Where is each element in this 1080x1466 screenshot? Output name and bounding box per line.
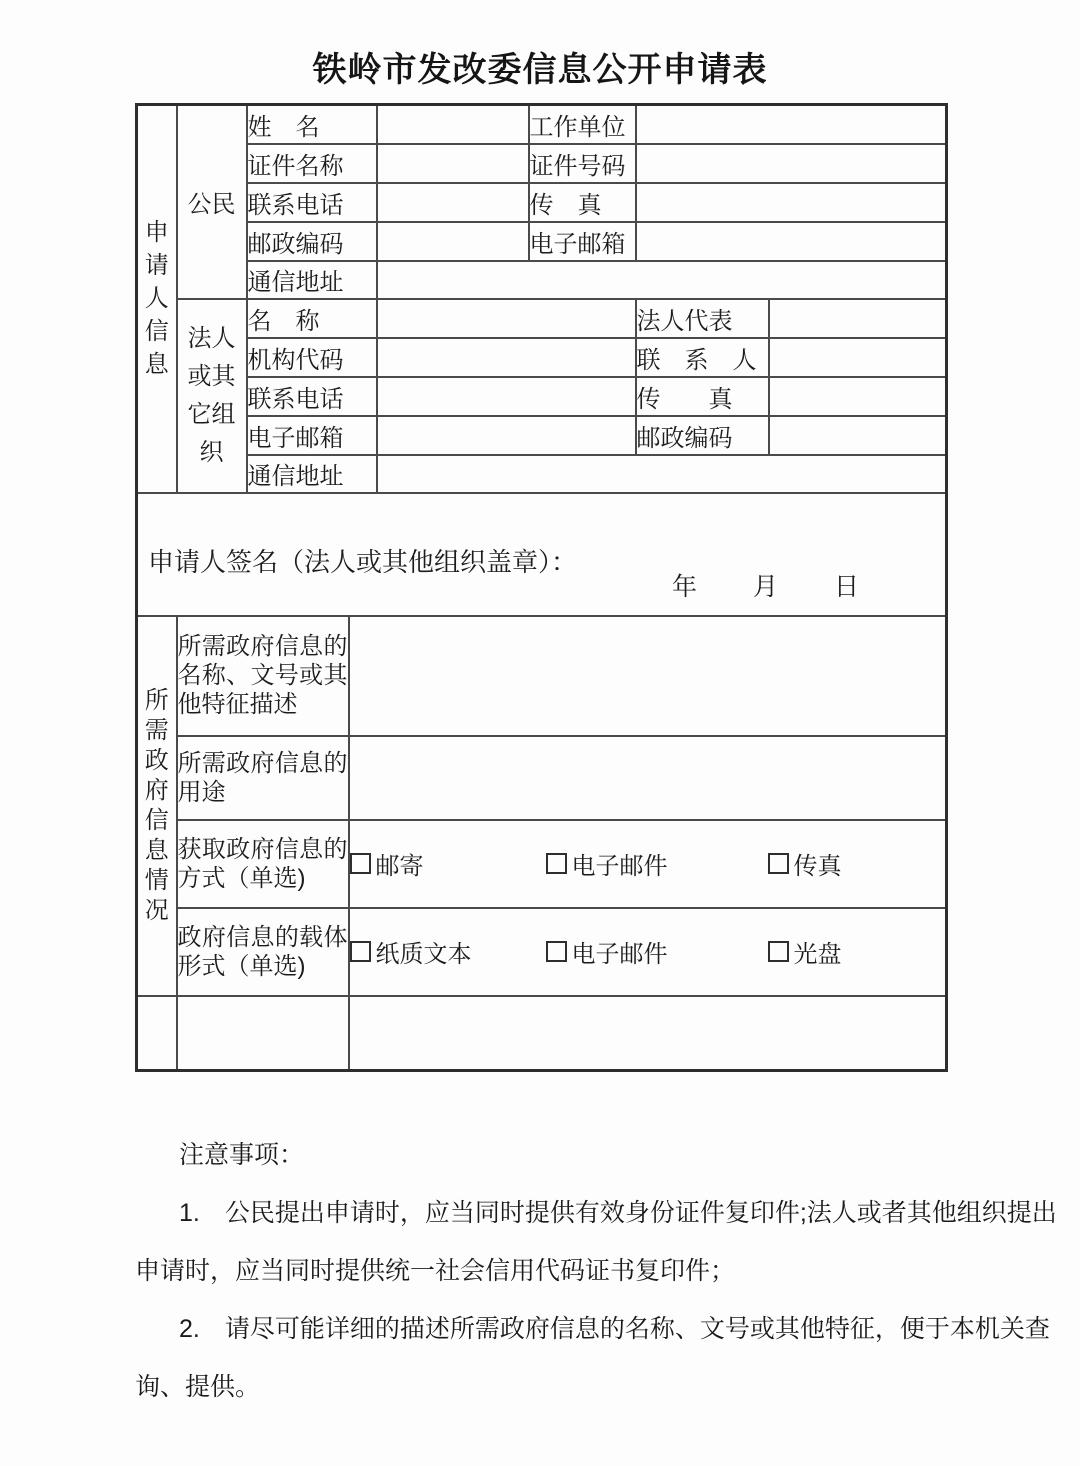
option-cd[interactable]: 光盘 <box>768 934 842 969</box>
checkbox-email-media-icon[interactable] <box>546 941 567 962</box>
option-email-media[interactable]: 电子邮件 <box>546 934 768 969</box>
label-org-phone: 联系电话 <box>247 377 377 416</box>
option-mail-label: 邮寄 <box>376 846 424 881</box>
label-org-code: 机构代码 <box>247 338 377 377</box>
field-postal-code-value[interactable] <box>377 222 529 261</box>
citizen-row-phone: 联系电话 传 真 <box>137 183 947 222</box>
label-legal-rep: 法人代表 <box>636 299 769 338</box>
label-org-name: 名 称 <box>247 299 377 338</box>
form-content: 铁岭市发改委信息公开申请表 申请人信息 公民 姓 名 工作单位 证件名称 <box>135 0 945 1416</box>
citizen-row-name: 申请人信息 公民 姓 名 工作单位 <box>137 105 947 144</box>
option-mail[interactable]: 邮寄 <box>350 846 546 881</box>
label-email: 电子邮箱 <box>529 222 636 261</box>
option-fax-delivery[interactable]: 传真 <box>768 846 842 881</box>
legal-group-label: 法人或其它组织 <box>177 299 247 493</box>
label-address: 通信地址 <box>247 261 377 299</box>
empty-cell-label <box>177 996 349 1071</box>
checkbox-fax-delivery-icon[interactable] <box>768 853 789 874</box>
label-id-type: 证件名称 <box>247 144 377 183</box>
option-email-media-label: 电子邮件 <box>572 934 668 969</box>
label-org-fax: 传 真 <box>636 377 769 416</box>
label-org-address: 通信地址 <box>247 455 377 493</box>
label-id-number: 证件号码 <box>529 144 636 183</box>
citizen-row-id: 证件名称 证件号码 <box>137 144 947 183</box>
legal-row-name: 法人或其它组织 名 称 法人代表 <box>137 299 947 338</box>
note-item2-line1: 2. 请尽可能详细的描述所需政府信息的名称、文号或其他特征，便于本机关查 <box>135 1300 945 1358</box>
legal-row-email: 电子邮箱 邮政编码 <box>137 416 947 455</box>
field-id-type-value[interactable] <box>377 144 529 183</box>
option-paper[interactable]: 纸质文本 <box>350 934 546 969</box>
signature-cell[interactable]: 申请人签名（法人或其他组织盖章）： 年 月 日 <box>137 493 947 616</box>
option-fax-delivery-label: 传真 <box>794 846 842 881</box>
form-title: 铁岭市发改委信息公开申请表 <box>135 42 945 91</box>
label-media-format: 政府信息的载体形式（单选) <box>177 908 349 996</box>
citizen-row-address: 通信地址 <box>137 261 947 299</box>
delivery-method-options: 邮寄 电子邮件 传真 <box>349 820 947 908</box>
info-section-header: 所需政府信息情况 <box>137 616 177 996</box>
notes-section: 注意事项： 1. 公民提出申请时，应当同时提供有效身份证件复印件;法人或者其他组… <box>135 1126 945 1416</box>
checkbox-cd-icon[interactable] <box>768 941 789 962</box>
form-page: 铁岭市发改委信息公开申请表 申请人信息 公民 姓 名 工作单位 证件名称 <box>0 0 1080 1466</box>
legal-row-phone: 联系电话 传 真 <box>137 377 947 416</box>
note-item2-line2: 询、提供。 <box>135 1358 945 1416</box>
checkbox-mail-icon[interactable] <box>350 853 371 874</box>
info-row-media-format: 政府信息的载体形式（单选) 纸质文本 电子邮件 光盘 <box>137 908 947 996</box>
field-org-address-value[interactable] <box>377 455 947 493</box>
option-cd-label: 光盘 <box>794 934 842 969</box>
label-org-email: 电子邮箱 <box>247 416 377 455</box>
application-form-table: 申请人信息 公民 姓 名 工作单位 证件名称 证件号码 联系电话 传 真 <box>135 103 948 1072</box>
field-org-email-value[interactable] <box>377 416 636 455</box>
citizen-row-postal: 邮政编码 电子邮箱 <box>137 222 947 261</box>
field-contact-person-value[interactable] <box>769 338 947 377</box>
label-fax: 传 真 <box>529 183 636 222</box>
field-phone-value[interactable] <box>377 183 529 222</box>
field-legal-rep-value[interactable] <box>769 299 947 338</box>
field-email-value[interactable] <box>636 222 947 261</box>
field-work-unit-value[interactable] <box>636 105 947 144</box>
notes-heading: 注意事项： <box>135 1126 945 1184</box>
field-info-description-value[interactable] <box>349 616 947 736</box>
legal-row-address: 通信地址 <box>137 455 947 493</box>
label-org-postal: 邮政编码 <box>636 416 769 455</box>
checkbox-email-delivery-icon[interactable] <box>546 853 567 874</box>
media-format-options: 纸质文本 电子邮件 光盘 <box>349 908 947 996</box>
empty-cell-value[interactable] <box>349 996 947 1071</box>
empty-cell-left <box>137 996 177 1071</box>
empty-bottom-row <box>137 996 947 1071</box>
field-org-name-value[interactable] <box>377 299 636 338</box>
field-name-value[interactable] <box>377 105 529 144</box>
signature-date-line: 年 月 日 <box>672 567 861 603</box>
info-row-description: 所需政府信息情况 所需政府信息的名称、文号或其他特征描述 <box>137 616 947 736</box>
info-row-delivery-method: 获取政府信息的方式（单选) 邮寄 电子邮件 传真 <box>137 820 947 908</box>
citizen-group-label: 公民 <box>177 105 247 299</box>
note-item1-line1: 1. 公民提出申请时，应当同时提供有效身份证件复印件;法人或者其他组织提出 <box>135 1184 945 1242</box>
signature-row: 申请人签名（法人或其他组织盖章）： 年 月 日 <box>137 493 947 616</box>
field-id-number-value[interactable] <box>636 144 947 183</box>
field-fax-value[interactable] <box>636 183 947 222</box>
checkbox-paper-icon[interactable] <box>350 941 371 962</box>
field-org-code-value[interactable] <box>377 338 636 377</box>
label-phone: 联系电话 <box>247 183 377 222</box>
field-org-fax-value[interactable] <box>769 377 947 416</box>
field-org-postal-value[interactable] <box>769 416 947 455</box>
legal-row-org-code: 机构代码 联 系 人 <box>137 338 947 377</box>
label-work-unit: 工作单位 <box>529 105 636 144</box>
field-org-phone-value[interactable] <box>377 377 636 416</box>
option-email-delivery[interactable]: 电子邮件 <box>546 846 768 881</box>
label-name: 姓 名 <box>247 105 377 144</box>
label-delivery-method: 获取政府信息的方式（单选) <box>177 820 349 908</box>
option-paper-label: 纸质文本 <box>376 934 472 969</box>
field-address-value[interactable] <box>377 261 947 299</box>
field-info-purpose-value[interactable] <box>349 736 947 820</box>
label-postal-code: 邮政编码 <box>247 222 377 261</box>
label-info-purpose: 所需政府信息的用途 <box>177 736 349 820</box>
applicant-info-header: 申请人信息 <box>137 105 177 493</box>
info-row-purpose: 所需政府信息的用途 <box>137 736 947 820</box>
label-info-description: 所需政府信息的名称、文号或其他特征描述 <box>177 616 349 736</box>
note-item1-line2: 申请时，应当同时提供统一社会信用代码证书复印件； <box>135 1242 945 1300</box>
option-email-delivery-label: 电子邮件 <box>572 846 668 881</box>
label-contact-person: 联 系 人 <box>636 338 769 377</box>
